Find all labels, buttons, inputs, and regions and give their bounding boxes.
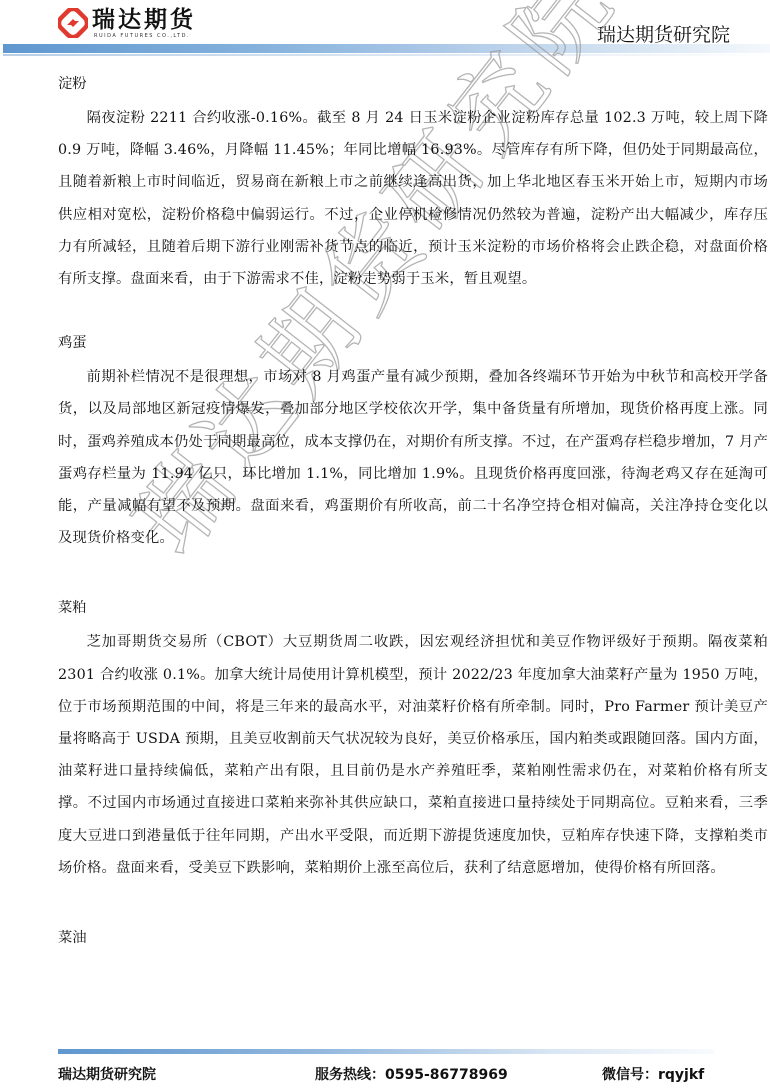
section-title: 鸡蛋 bbox=[58, 325, 768, 361]
section-rapeseed-meal: 菜粕 芝加哥期货交易所（CBOT）大豆期货周二收跌，因宏观经济担忧和美豆作物评级… bbox=[58, 590, 768, 884]
section-eggs: 鸡蛋 前期补栏情况不是很理想，市场对 8 月鸡蛋产量有减少预期，叠加各终端环节开… bbox=[58, 325, 768, 554]
company-logo: 瑞达期货 RUIDA FUTURES CO.,LTD. bbox=[58, 5, 196, 41]
report-body: 淀粉 隔夜淀粉 2211 合约收涨-0.16%。截至 8 月 24 日玉米淀粉企… bbox=[58, 66, 768, 956]
spacer bbox=[58, 295, 768, 325]
section-paragraph: 芝加哥期货交易所（CBOT）大豆期货周二收跌，因宏观经济担忧和美豆作物评级好于预… bbox=[58, 626, 768, 884]
footer-org-name: 瑞达期货研究院 bbox=[58, 1064, 156, 1084]
section-rapeseed-oil: 菜油 bbox=[58, 920, 768, 956]
section-title: 菜油 bbox=[58, 920, 768, 956]
logo-chinese-name: 瑞达期货 bbox=[92, 7, 196, 33]
page-footer: 瑞达期货研究院 服务热线：0595-86778969 微信号：rqyjkf bbox=[58, 1064, 714, 1084]
section-starch: 淀粉 隔夜淀粉 2211 合约收涨-0.16%。截至 8 月 24 日玉米淀粉企… bbox=[58, 66, 768, 295]
section-paragraph: 隔夜淀粉 2211 合约收涨-0.16%。截至 8 月 24 日玉米淀粉企业淀粉… bbox=[58, 102, 768, 295]
section-title: 淀粉 bbox=[58, 66, 768, 102]
footer-hotline: 服务热线：0595-86778969 bbox=[315, 1064, 508, 1084]
logo-english-name: RUIDA FUTURES CO.,LTD. bbox=[94, 33, 196, 40]
header-institute-title: 瑞达期货研究院 bbox=[597, 20, 730, 47]
header-divider-line bbox=[3, 54, 770, 56]
page-header: 瑞达期货 RUIDA FUTURES CO.,LTD. 瑞达期货研究院 bbox=[0, 0, 770, 60]
section-title: 菜粕 bbox=[58, 590, 768, 626]
footer-divider-bar bbox=[58, 1049, 714, 1054]
header-divider-bar bbox=[3, 44, 770, 53]
spacer bbox=[58, 554, 768, 590]
footer-wechat: 微信号：rqyjkf bbox=[602, 1064, 704, 1084]
spacer bbox=[58, 884, 768, 920]
section-paragraph: 前期补栏情况不是很理想，市场对 8 月鸡蛋产量有减少预期，叠加各终端环节开始为中… bbox=[58, 361, 768, 554]
ruida-logo-icon bbox=[58, 8, 88, 38]
